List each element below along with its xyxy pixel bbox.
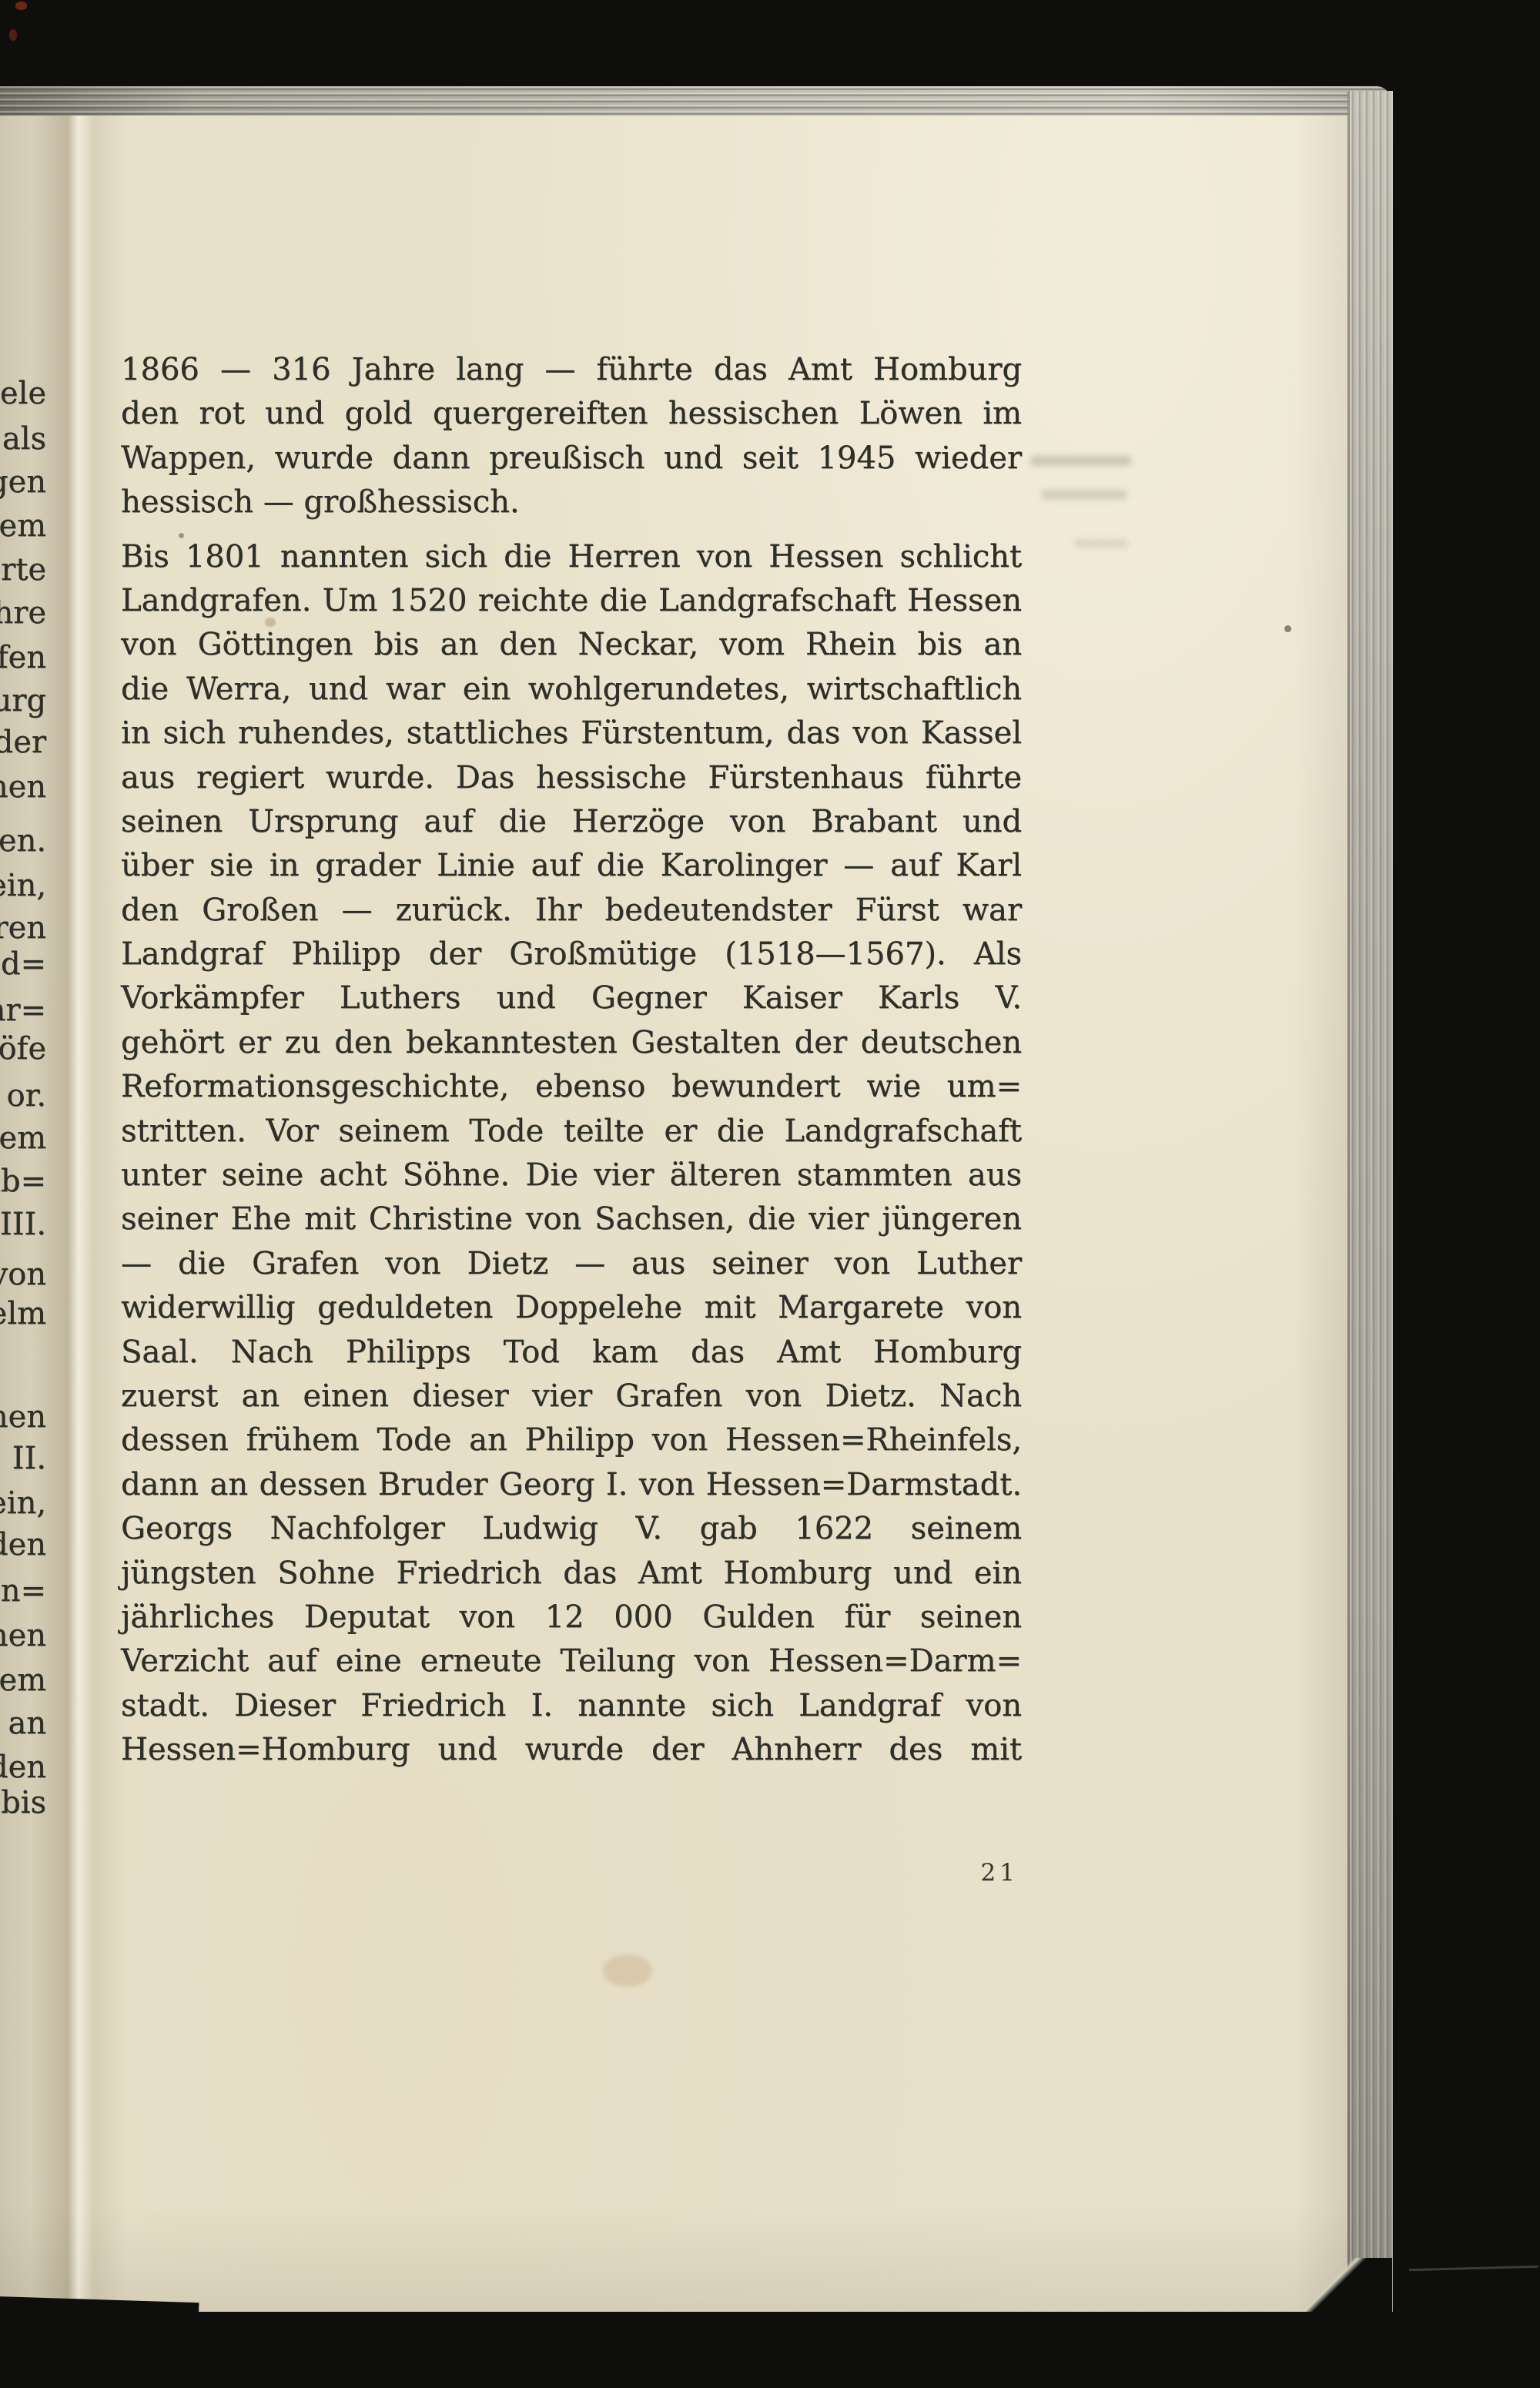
left-page-fragment: gen= [0, 1576, 46, 1606]
book-top-page-edges [0, 86, 1391, 117]
text-line: Bis 1801 nannten sich die Herren von Hes… [121, 535, 1022, 579]
red-scan-mark [9, 29, 17, 41]
folded-page-corner [1280, 2258, 1392, 2313]
text-line: seinen Ursprung auf die Herzöge von Brab… [121, 800, 1022, 844]
text-line: Wappen, wurde dann preußisch und seit 19… [121, 437, 1022, 481]
left-page-fragment: als [2, 424, 46, 454]
text-line: unter seine acht Söhne. Die vier älteren… [121, 1154, 1022, 1197]
text-line: Landgrafen. Um 1520 reichte die Landgraf… [121, 579, 1022, 623]
left-page-fragment: em [0, 1123, 46, 1154]
left-page-fragment: III. [0, 1209, 46, 1240]
scanned-book-photo: ielealsgenemrtehrefenurgdernenen.ein,ren… [0, 0, 1540, 2388]
left-page-fragment: hen [0, 1620, 46, 1651]
book-fore-edge [1347, 91, 1393, 2316]
text-line: Reformationsgeschichte, ebenso bewundert… [121, 1065, 1022, 1109]
text-line: dann an dessen Bruder Georg I. von Hesse… [121, 1463, 1022, 1507]
text-line: seiner Ehe mit Christine von Sachsen, di… [121, 1197, 1022, 1241]
text-line: Georgs Nachfolger Ludwig V. gab 1622 sei… [121, 1507, 1022, 1551]
left-page-fragment: ab= [0, 1166, 46, 1197]
text-line: jüngsten Sohne Friedrich das Amt Homburg… [121, 1552, 1022, 1596]
ink-showthrough [1030, 456, 1132, 466]
text-line: dessen frühem Tode an Philipp von Hessen… [121, 1418, 1022, 1462]
text-line: in sich ruhendes, stattliches Fürstentum… [121, 712, 1022, 755]
left-page-fragment: ein, [0, 1488, 46, 1519]
left-page-fragment: öfe [0, 1033, 46, 1064]
paper-stain [603, 1954, 652, 1987]
left-page-fragment: em [0, 1665, 46, 1696]
left-page-fragment: ren [0, 913, 46, 943]
red-scan-mark [15, 2, 27, 10]
main-text-block: 1866 — 316 Jahre lang — führte das Amt H… [121, 348, 1022, 1773]
left-page-fragment: II. [12, 1443, 46, 1474]
text-line: gehört er zu den bekanntesten Gestalten … [121, 1021, 1022, 1065]
ink-showthrough [1041, 490, 1127, 500]
text-line: stadt. Dieser Friedrich I. nannte sich L… [121, 1684, 1022, 1728]
left-page-fragment: iele [0, 378, 46, 409]
left-page-fragment: elm [0, 1298, 46, 1329]
paper-speck [1284, 625, 1291, 632]
paper-stain [265, 618, 276, 627]
text-line: stritten. Vor seinem Tode teilte er die … [121, 1110, 1022, 1154]
left-page-fragment: ein, [0, 870, 46, 901]
left-page-fragment: gen [0, 467, 46, 497]
text-line: den Großen — zurück. Ihr bedeutendster F… [121, 889, 1022, 933]
left-page-fragment: den [0, 1529, 46, 1560]
paragraph: 1866 — 316 Jahre lang — führte das Amt H… [121, 348, 1022, 525]
text-line: den rot und gold quergereiften hessische… [121, 392, 1022, 436]
paper-speck [179, 533, 184, 538]
text-line: zuerst an einen dieser vier Grafen von D… [121, 1375, 1022, 1418]
left-page-fragment: rte [1, 554, 46, 585]
left-page-fragment: em [0, 511, 46, 541]
text-line: widerwillig geduldeten Doppelehe mit Mar… [121, 1286, 1022, 1330]
text-line: von Göttingen bis an den Neckar, vom Rhe… [121, 623, 1022, 667]
paragraph: Bis 1801 nannten sich die Herren von Hes… [121, 535, 1022, 1773]
left-page-fragment: en. [0, 826, 46, 856]
left-page-fragment: hr= [0, 995, 46, 1026]
left-page-fragment: an [8, 1708, 46, 1739]
text-line: Landgraf Philipp der Großmütige (1518—15… [121, 933, 1022, 976]
text-line: Hessen=Homburg und wurde der Ahnherr des… [121, 1728, 1022, 1772]
left-page-fragment: der [0, 727, 46, 758]
left-page-fragment: den [0, 1752, 46, 1783]
background-shadow-line [1409, 2266, 1538, 2271]
left-page-fragment: hre [0, 598, 46, 628]
text-line: 1866 — 316 Jahre lang — führte das Amt H… [121, 348, 1022, 392]
left-page-fragment: nen [0, 772, 46, 802]
ink-showthrough [1074, 539, 1128, 548]
text-line: Vorkämpfer Luthers und Gegner Kaiser Kar… [121, 976, 1022, 1020]
left-page-fragment: bis [1, 1787, 46, 1818]
left-page-fragment: urg [0, 685, 46, 716]
text-line: aus regiert wurde. Das hessische Fürsten… [121, 756, 1022, 800]
text-line: die Werra, und war ein wohlgerundetes, w… [121, 668, 1022, 712]
left-page-fragment: or. [6, 1080, 46, 1111]
text-line: Saal. Nach Philipps Tod kam das Amt Homb… [121, 1331, 1022, 1375]
left-page-fragment: fen [0, 642, 46, 673]
text-line: hessisch — großhessisch. [121, 481, 1022, 524]
text-line: jährliches Deputat von 12 000 Gulden für… [121, 1596, 1022, 1639]
text-line: — die Grafen von Dietz — aus seiner von … [121, 1242, 1022, 1286]
left-page-fragment: von [0, 1259, 46, 1290]
text-line: Verzicht auf eine erneute Teilung von He… [121, 1639, 1022, 1683]
left-page-fragment: üd= [0, 949, 46, 980]
text-line: über sie in grader Linie auf die Karolin… [121, 844, 1022, 888]
scan-background-bottom [0, 2312, 1540, 2388]
page-number: 21 [121, 1859, 1019, 1887]
left-page-fragment: hen [0, 1402, 46, 1432]
